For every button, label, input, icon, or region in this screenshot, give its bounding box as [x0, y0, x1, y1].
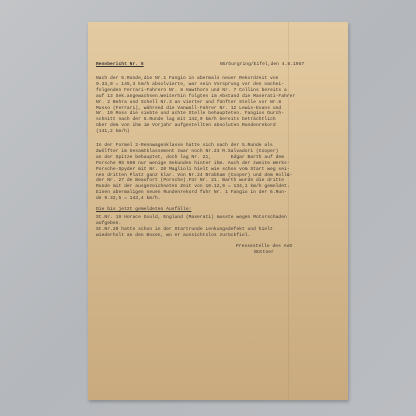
paragraph-formula1: Nach der 5.Runde,die Nr.1 Fangio in aber… [96, 76, 295, 135]
paragraph-formula2: In der Formel 2-Rennwagenklasse hatte si… [96, 143, 292, 202]
signature-block: Pressestelle des AvDBüttner [236, 244, 292, 256]
place-and-date: Nürburgring/Eifel,den 4.8.1957 [220, 62, 304, 68]
retirements-heading: Die bis jetzt gemeldeten Ausfälle: [96, 207, 191, 213]
typewritten-page: Rennbericht Nr. 5 Nürburgring/Eifel,den … [88, 22, 348, 400]
signature-line: Büttner [236, 250, 292, 256]
report-heading: Rennbericht Nr. 5 [96, 62, 144, 68]
retirements-list: St.Nr. 19 Horace Gould, England (Maserat… [96, 215, 287, 239]
